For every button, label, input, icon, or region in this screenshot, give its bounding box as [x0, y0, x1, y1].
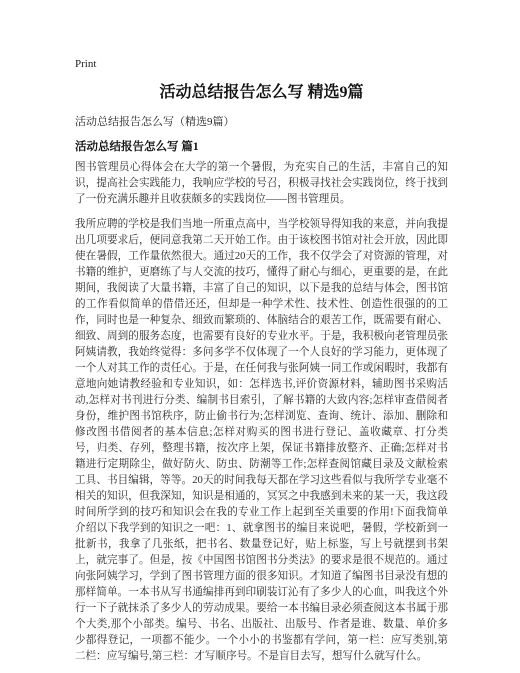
- section-heading: 活动总结报告怎么写 篇1: [75, 141, 448, 154]
- paragraph-intro: 图书管理员心得体会在大学的第一个暑假，为充实自己的生活，丰富自己的知识，提高社会…: [75, 160, 448, 208]
- document-subtitle: 活动总结报告怎么写（精选9篇）: [75, 116, 448, 129]
- document-page: Print 活动总结报告怎么写 精选9篇 活动总结报告怎么写（精选9篇） 活动总…: [0, 0, 520, 673]
- page-title: 活动总结报告怎么写 精选9篇: [75, 84, 448, 102]
- paragraph-body: 我所应聘的学校是我们当地一所重点高中，当学校领导得知我的来意，并向我提出几项要求…: [75, 217, 448, 665]
- print-link[interactable]: Print: [75, 58, 96, 71]
